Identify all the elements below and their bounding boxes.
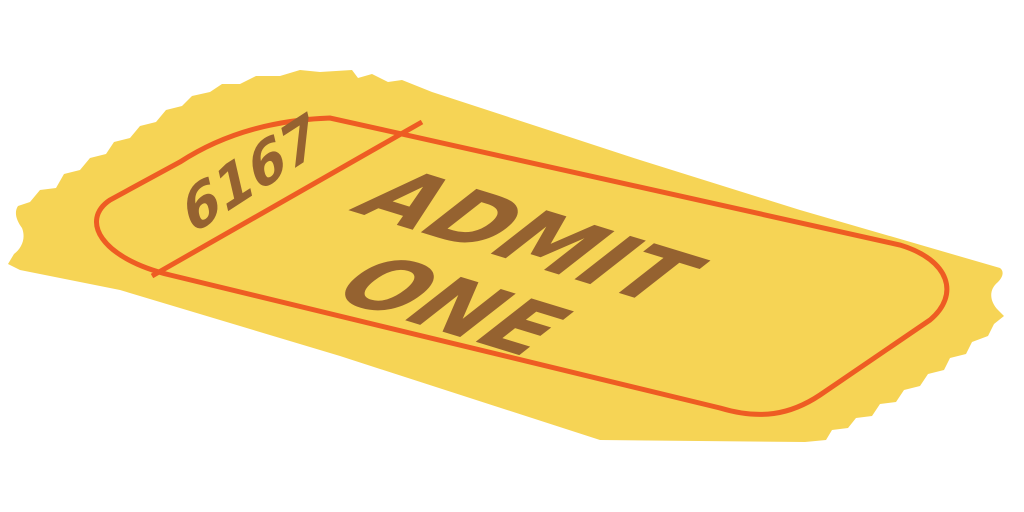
admit-one-ticket: 6167 ADMIT ONE [0,0,1024,512]
